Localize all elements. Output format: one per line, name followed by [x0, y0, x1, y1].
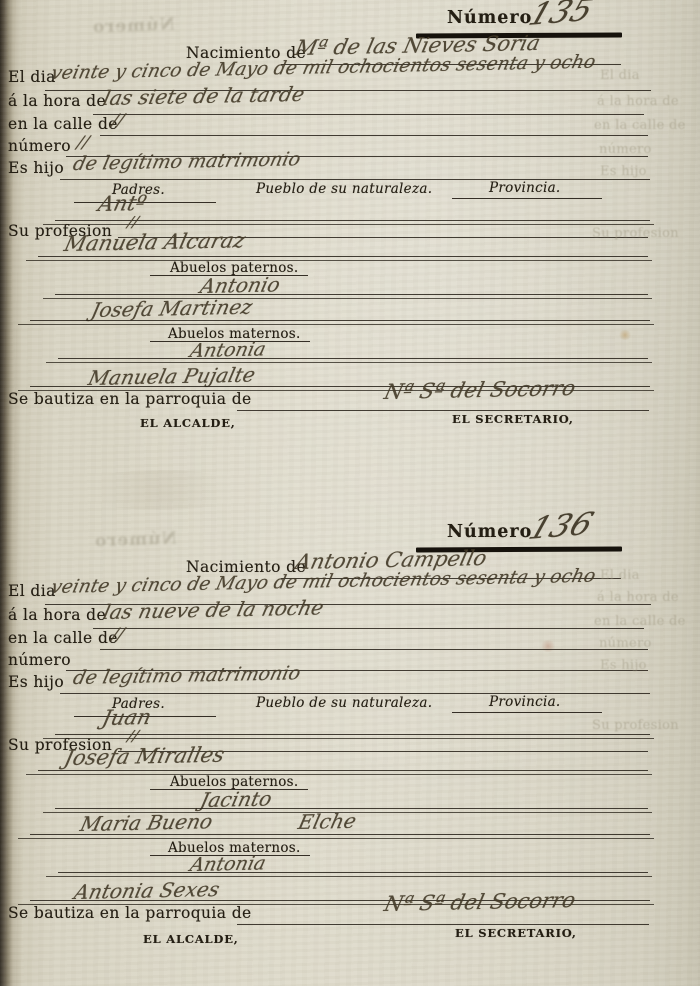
alcalde-label: EL ALCALDE, [143, 932, 239, 946]
secretario-label: EL SECRETARIO, [455, 926, 577, 940]
numero-label: Número [447, 522, 532, 542]
paternal-grandmother-line [30, 810, 650, 835]
pueblo-header: Pueblo de su naturaleza. [256, 181, 432, 197]
bleedthrough-numero: Número [94, 529, 178, 552]
paternal-grandmother-line [30, 296, 650, 321]
numero-casa-label: número [8, 651, 71, 669]
bautiza-label: Se bautiza en la parroquia de [8, 390, 252, 408]
paper-discoloration [70, 470, 250, 510]
bleedthrough-label: Su profesion [592, 226, 679, 241]
mother-line [38, 232, 648, 257]
paternal-grandfather-line [55, 272, 648, 295]
hijo-label: Es hijo [8, 673, 64, 691]
alcalde-label: EL ALCALDE, [140, 416, 236, 430]
bleedthrough-label: á la hora de [597, 94, 679, 109]
bleedthrough-label: Es hijo [600, 164, 647, 179]
record-number-value: 136 [524, 506, 598, 547]
bleedthrough-label: número [599, 636, 652, 651]
numero-label: Número [447, 8, 532, 28]
calle-line [100, 628, 648, 650]
birth-record-136: Número Número 136 Nacimiento de Antonio … [0, 518, 700, 986]
bleedthrough-label: número [599, 142, 652, 157]
pueblo-header: Pueblo de su naturaleza. [256, 695, 432, 711]
mother-line [38, 746, 648, 771]
bleedthrough-label: Es hijo [600, 658, 647, 673]
bleedthrough-label: á la hora de [597, 590, 679, 605]
bleedthrough-label: El dia [600, 68, 640, 83]
parish-handwriting: Nª Sª del Socorro [382, 376, 578, 404]
bleedthrough-label: El dia [600, 568, 640, 583]
paternal-grandfather-line [55, 786, 648, 809]
hora-label: á la hora de [8, 92, 106, 110]
bleedthrough-numero: Número [92, 15, 176, 38]
numero-casa-label: número [8, 137, 71, 155]
father-line [55, 710, 650, 735]
birth-record-135: Número Número 135 Nacimiento de Mª de la… [0, 6, 700, 476]
parish-handwriting: Nª Sª del Socorro [382, 888, 578, 916]
birth-time-handwriting: las nueve de la noche [101, 595, 326, 624]
hora-label: á la hora de [8, 606, 106, 624]
bautiza-label: Se bautiza en la parroquia de [8, 904, 252, 922]
secretario-label: EL SECRETARIO, [452, 412, 574, 426]
hijo-label: Es hijo [8, 159, 64, 177]
register-page: Número Número 135 Nacimiento de Mª de la… [0, 0, 700, 986]
bleedthrough-label: en la calle de [594, 118, 686, 133]
bleedthrough-label: Su profesion [592, 718, 679, 733]
maternal-grandfather-line [58, 851, 648, 873]
bleedthrough-label: en la calle de [594, 614, 686, 629]
maternal-grandfather-line [58, 337, 648, 359]
father-line [55, 196, 650, 221]
birth-time-handwriting: las siete de la tarde [101, 82, 307, 110]
calle-line [100, 114, 648, 136]
record-number-value: 135 [524, 0, 598, 33]
